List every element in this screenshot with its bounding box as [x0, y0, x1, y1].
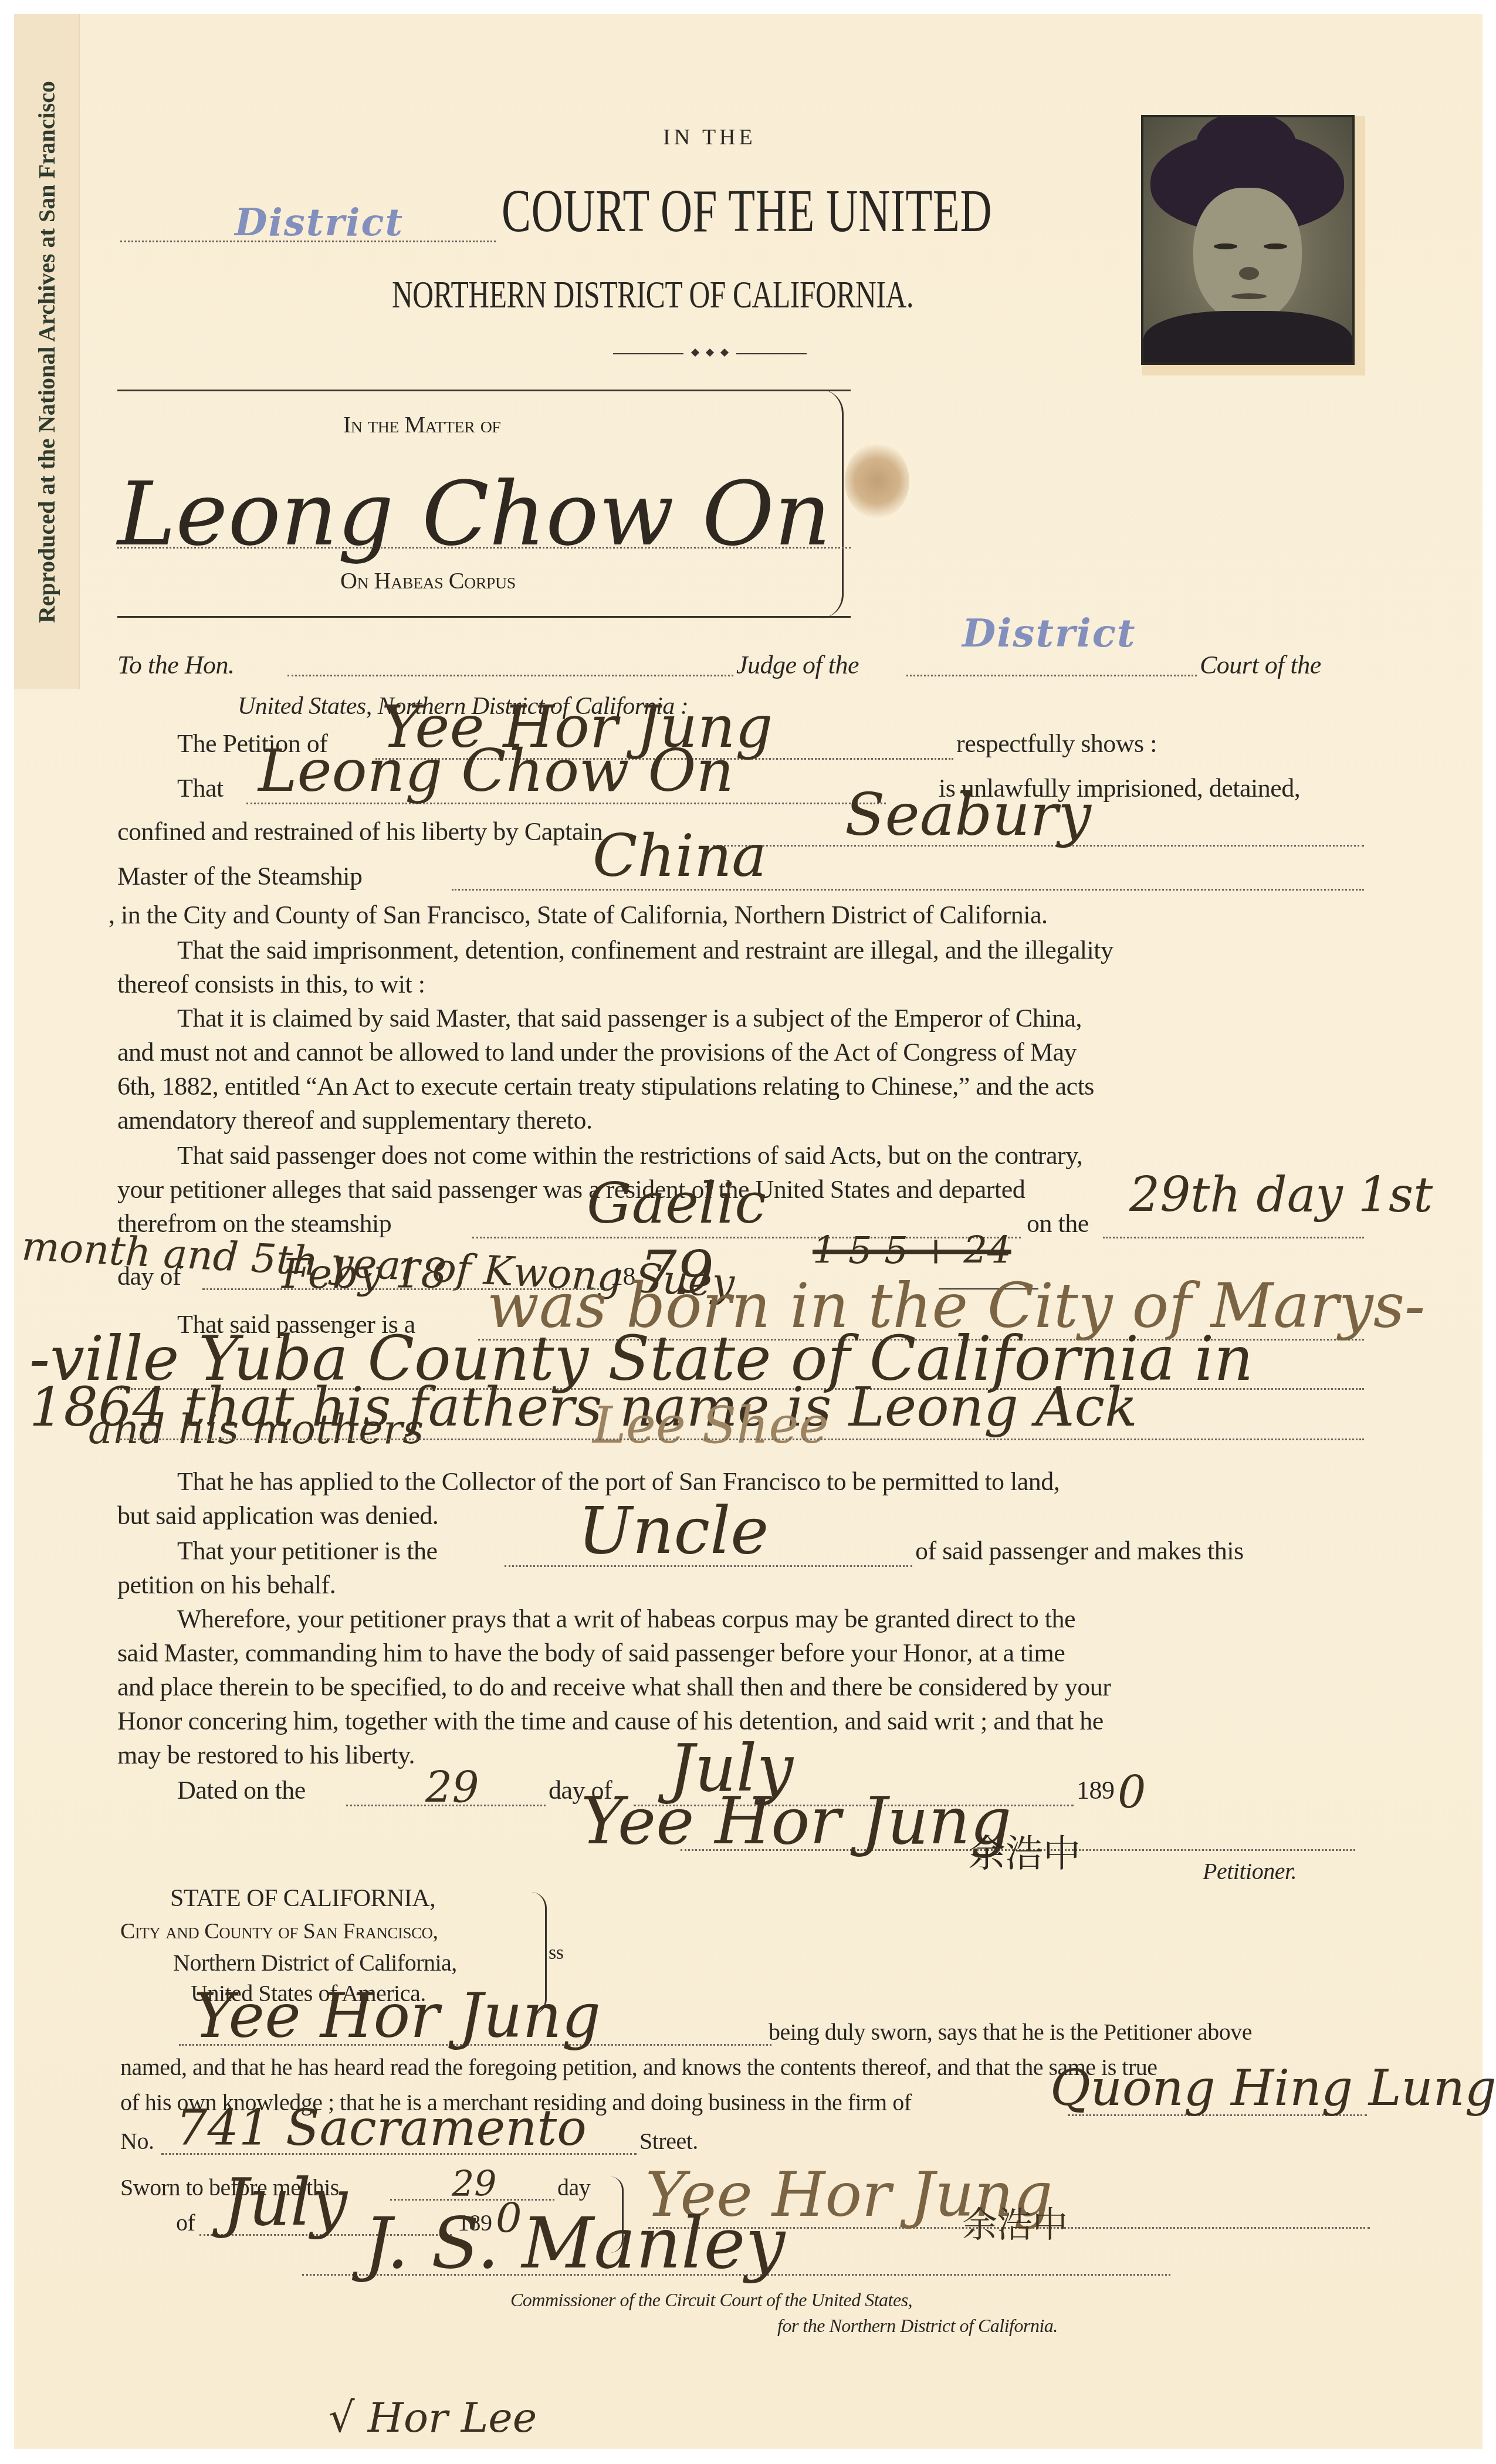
matter-box-top-rule — [117, 390, 851, 391]
court-of-the-label: Court of the — [1200, 650, 1321, 680]
wherefore-5: may be restored to his liberty. — [117, 1740, 415, 1770]
in-the-matter-of: In the Matter of — [343, 411, 500, 438]
para-resident-2: your petitioner alleges that said passen… — [117, 1175, 1025, 1204]
affidavit-state: STATE OF CALIFORNIA, — [170, 1884, 435, 1913]
para-claim-4: amendatory thereof and supplementary the… — [117, 1105, 593, 1135]
petitioner-signature-chinese: 余浩中 — [968, 1823, 1081, 1877]
header-in-the: IN THE — [663, 124, 756, 150]
departure-date: Feby 18 — [282, 1250, 447, 1298]
petitioner-signature: Yee Hor Jung — [581, 1783, 1011, 1859]
of-said-passenger: of said passenger and makes this — [915, 1536, 1244, 1566]
para-collector-1: That he has applied to the Collector of … — [177, 1467, 1060, 1497]
street-address: 741 Sacramento — [176, 2099, 587, 2157]
paper-stain — [845, 443, 909, 519]
affidavit-city-county: City and County of San Francisco, — [120, 1918, 438, 1944]
petitioner-is-label: That your petitioner is the — [177, 1536, 438, 1566]
that-label: That — [177, 773, 224, 803]
commissioner-title-2: for the Northern District of California. — [777, 2315, 1058, 2337]
court-title: COURT OF THE UNITED — [502, 176, 992, 246]
passenger-name: Leong Chow On — [258, 736, 734, 805]
affiant-signature-chinese: 余浩中 — [962, 2197, 1068, 2248]
on-habeas-corpus: On Habeas Corpus — [340, 567, 516, 594]
footer-note: √ Hor Lee — [329, 2394, 537, 2442]
departure-steamship: Gaelic — [587, 1170, 766, 1236]
judge-of-the-label: Judge of the — [736, 650, 859, 680]
dated-on-the: Dated on the — [177, 1775, 306, 1805]
being-sworn-text: being duly sworn, says that he is the Pe… — [769, 2018, 1252, 2046]
matter-subject-name: Leong Chow On — [117, 463, 831, 566]
to-the-hon-label: To the Hon. — [117, 650, 234, 680]
court-type-stamp: District — [235, 201, 404, 245]
captain-name: Seabury — [845, 780, 1091, 849]
sworn-month: July — [223, 2165, 347, 2240]
mother-name: Lee Shee — [593, 1396, 828, 1455]
steamship-name: China — [593, 821, 767, 890]
no-label: No. — [120, 2127, 154, 2155]
para-claim-3: 6th, 1882, entitled “An Act to execute c… — [117, 1071, 1094, 1101]
day-label: day — [557, 2174, 590, 2201]
affidavit-ss: ss — [549, 1942, 563, 1964]
confined-text: confined and restrained of his liberty b… — [117, 817, 603, 847]
dated-year-prefix: 189 — [1077, 1775, 1115, 1805]
matter-box-bottom-rule — [117, 616, 851, 618]
commissioner-title-1: Commissioner of the Circuit Court of the… — [510, 2289, 912, 2311]
sworn-day: 29 — [452, 2164, 496, 2205]
master-label: Master of the Steamship — [117, 861, 362, 891]
born-text-4: and his mothers — [88, 1405, 424, 1453]
para-illegal-1: That the said imprisonment, detention, c… — [177, 935, 1113, 965]
judge-name-blank[interactable] — [287, 675, 733, 676]
dated-year-suffix: 0 — [1118, 1766, 1146, 1818]
on-the-label: on the — [1027, 1209, 1089, 1238]
commissioner-signature: J. S. Manley — [364, 2203, 785, 2284]
divider-ornament — [613, 351, 807, 357]
departure-day-blank[interactable] — [1103, 1237, 1364, 1238]
wherefore-1: Wherefore, your petitioner prays that a … — [177, 1604, 1075, 1634]
departure-day: 29th day 1st — [1129, 1167, 1433, 1223]
para-resident-1: That said passenger does not come within… — [177, 1140, 1082, 1170]
struck-note: 1 5 5 + 24 — [813, 1229, 1011, 1272]
respectfully-shows: respectfully shows : — [956, 729, 1157, 759]
portrait-photo — [1141, 115, 1355, 365]
street-label: Street. — [639, 2127, 698, 2155]
named-line: named, and that he has heard read the fo… — [120, 2053, 1157, 2081]
firm-name: Quong Hing Lung — [1050, 2059, 1496, 2117]
dated-day: 29 — [425, 1763, 479, 1812]
para-illegal-2: thereof consists in this, to wit : — [117, 969, 425, 999]
on-his-behalf: petition on his behalf. — [117, 1570, 336, 1600]
relationship: Uncle — [578, 1493, 769, 1568]
city-county-line: , in the City and County of San Francisc… — [109, 900, 1047, 930]
para-collector-2: but said application was denied. — [117, 1501, 438, 1531]
wherefore-4: Honor concering him, together with the t… — [117, 1706, 1104, 1736]
of-label: of — [176, 2209, 195, 2236]
mother-name-blank — [117, 1439, 1364, 1440]
affiant-name: Yee Hor Jung — [194, 1980, 601, 2052]
wherefore-3: and place therein to be specified, to do… — [117, 1672, 1111, 1702]
para-claim-2: and must not and cannot be allowed to la… — [117, 1037, 1077, 1067]
court-stamp-district: District — [962, 610, 1136, 656]
wherefore-2: said Master, commanding him to have the … — [117, 1638, 1065, 1668]
steamship-name-blank[interactable] — [452, 889, 1364, 891]
day-of-label: day of — [117, 1261, 181, 1291]
district-title: NORTHERN DISTRICT OF CALIFORNIA. — [392, 273, 913, 317]
court-type-blank-2[interactable] — [906, 675, 1197, 676]
petitioner-label: Petitioner. — [1203, 1857, 1297, 1885]
affidavit-northern-district: Northern District of California, — [173, 1949, 457, 1976]
para-claim-1: That it is claimed by said Master, that … — [177, 1003, 1082, 1033]
archive-label: Reproduced at the National Archives at S… — [33, 81, 60, 623]
